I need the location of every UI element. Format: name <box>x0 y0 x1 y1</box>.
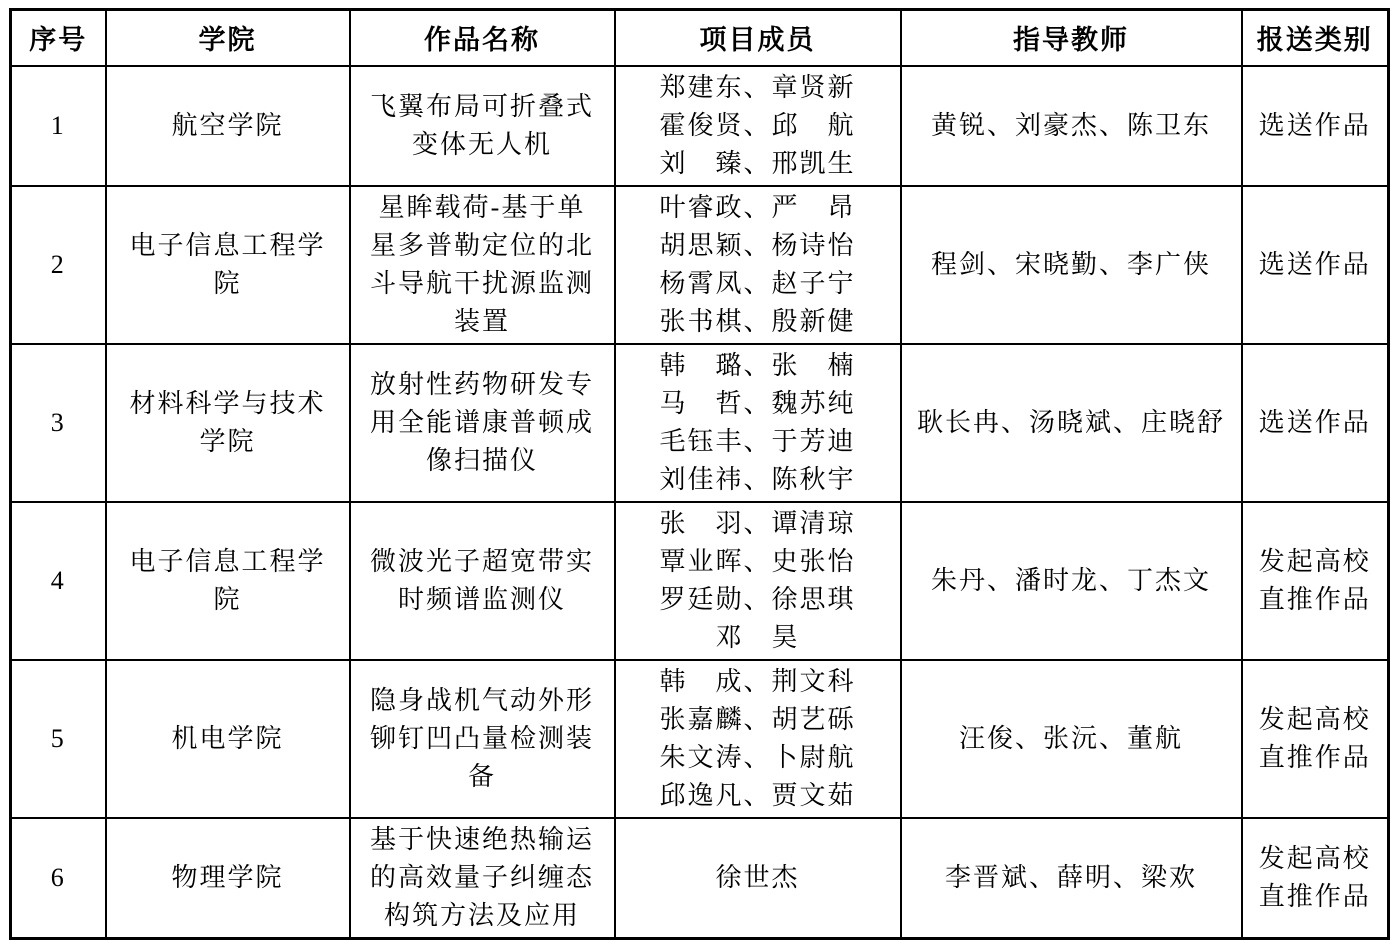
submission-table-container: 序号 学院 作品名称 项目成员 指导教师 报送类别 1 航空学院 飞翼布局可折叠… <box>9 8 1390 940</box>
cell-members: 韩 成、荆文科 张嘉麟、胡艺砾 朱文涛、卜尉航 邱逸凡、贾文茹 <box>615 660 901 818</box>
cell-members: 叶睿政、严 昂 胡思颖、杨诗怡 杨霄凤、赵子宁 张书棋、殷新健 <box>615 186 901 344</box>
cell-members: 郑建东、章贤新 霍俊贤、邱 航 刘 臻、邢凯生 <box>615 66 901 186</box>
cell-title: 微波光子超宽带实 时频谱监测仪 <box>350 502 615 660</box>
cell-members: 徐世杰 <box>615 818 901 939</box>
cell-category: 选送作品 <box>1242 186 1389 344</box>
header-advisors: 指导教师 <box>901 10 1242 66</box>
cell-members: 韩 璐、张 楠 马 哲、魏苏纯 毛钰丰、于芳迪 刘佳祎、陈秋宇 <box>615 344 901 502</box>
header-row: 序号 学院 作品名称 项目成员 指导教师 报送类别 <box>11 10 1389 66</box>
cell-college: 材料科学与技术 学院 <box>106 344 350 502</box>
table-row: 3 材料科学与技术 学院 放射性药物研发专 用全能谱康普顿成 像扫描仪 韩 璐、… <box>11 344 1389 502</box>
table-row: 2 电子信息工程学 院 星眸载荷-基于单 星多普勒定位的北 斗导航干扰源监测 装… <box>11 186 1389 344</box>
table-row: 4 电子信息工程学 院 微波光子超宽带实 时频谱监测仪 张 羽、谭清琼 覃业晖、… <box>11 502 1389 660</box>
submission-table: 序号 学院 作品名称 项目成员 指导教师 报送类别 1 航空学院 飞翼布局可折叠… <box>9 8 1390 940</box>
header-members: 项目成员 <box>615 10 901 66</box>
cell-advisors: 李晋斌、薛明、梁欢 <box>901 818 1242 939</box>
cell-title: 星眸载荷-基于单 星多普勒定位的北 斗导航干扰源监测 装置 <box>350 186 615 344</box>
header-title: 作品名称 <box>350 10 615 66</box>
cell-title: 飞翼布局可折叠式 变体无人机 <box>350 66 615 186</box>
cell-title: 隐身战机气动外形 铆钉凹凸量检测装 备 <box>350 660 615 818</box>
cell-seq: 4 <box>11 502 106 660</box>
cell-college: 电子信息工程学 院 <box>106 186 350 344</box>
cell-seq: 6 <box>11 818 106 939</box>
cell-category: 发起高校 直推作品 <box>1242 660 1389 818</box>
cell-advisors: 朱丹、潘时龙、丁杰文 <box>901 502 1242 660</box>
cell-seq: 5 <box>11 660 106 818</box>
table-row: 6 物理学院 基于快速绝热输运 的高效量子纠缠态 构筑方法及应用 徐世杰 李晋斌… <box>11 818 1389 939</box>
cell-college: 航空学院 <box>106 66 350 186</box>
cell-seq: 2 <box>11 186 106 344</box>
cell-advisors: 程剑、宋晓勤、李广侠 <box>901 186 1242 344</box>
cell-college: 电子信息工程学 院 <box>106 502 350 660</box>
cell-title: 放射性药物研发专 用全能谱康普顿成 像扫描仪 <box>350 344 615 502</box>
cell-college: 机电学院 <box>106 660 350 818</box>
table-row: 1 航空学院 飞翼布局可折叠式 变体无人机 郑建东、章贤新 霍俊贤、邱 航 刘 … <box>11 66 1389 186</box>
cell-seq: 1 <box>11 66 106 186</box>
cell-advisors: 汪俊、张沅、董航 <box>901 660 1242 818</box>
header-category: 报送类别 <box>1242 10 1389 66</box>
cell-category: 选送作品 <box>1242 344 1389 502</box>
header-seq: 序号 <box>11 10 106 66</box>
cell-category: 发起高校 直推作品 <box>1242 818 1389 939</box>
cell-seq: 3 <box>11 344 106 502</box>
cell-college: 物理学院 <box>106 818 350 939</box>
cell-advisors: 黄锐、刘豪杰、陈卫东 <box>901 66 1242 186</box>
cell-advisors: 耿长冉、汤晓斌、庄晓舒 <box>901 344 1242 502</box>
cell-title: 基于快速绝热输运 的高效量子纠缠态 构筑方法及应用 <box>350 818 615 939</box>
table-row: 5 机电学院 隐身战机气动外形 铆钉凹凸量检测装 备 韩 成、荆文科 张嘉麟、胡… <box>11 660 1389 818</box>
cell-members: 张 羽、谭清琼 覃业晖、史张怡 罗廷勋、徐思琪 邓 昊 <box>615 502 901 660</box>
cell-category: 选送作品 <box>1242 66 1389 186</box>
cell-category: 发起高校 直推作品 <box>1242 502 1389 660</box>
header-college: 学院 <box>106 10 350 66</box>
